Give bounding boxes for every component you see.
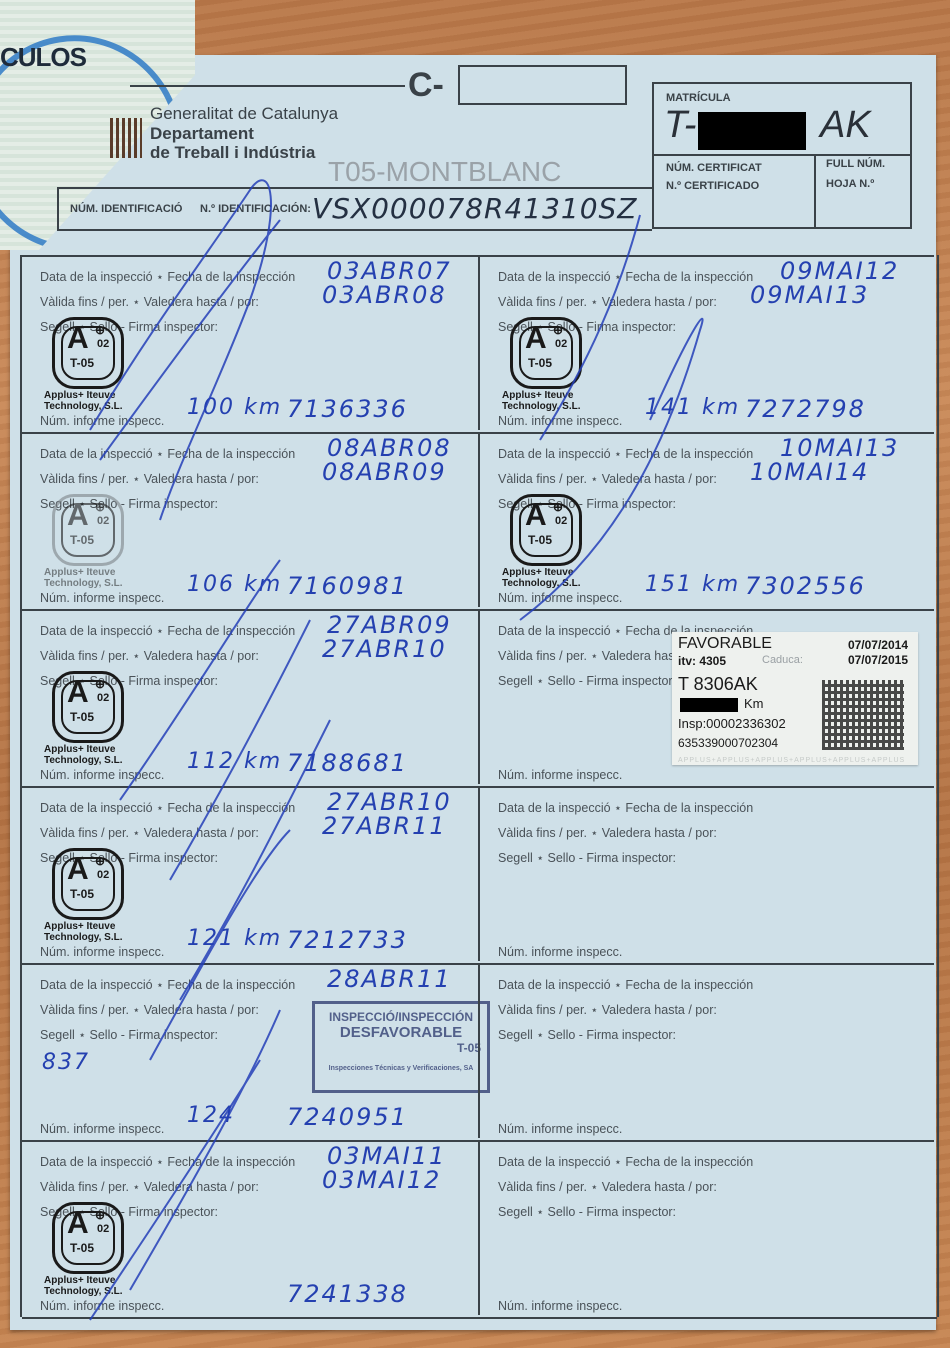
label-valid: Vàlida fins / per. ⋆ Valedera hasta / po… xyxy=(40,825,259,840)
label-date: Data de la inspecció ⋆ Fecha de la inspe… xyxy=(498,977,753,992)
label-seal: Segell ⋆ Sello - Firma inspector: xyxy=(498,1204,676,1219)
label-report: Núm. informe inspecc. xyxy=(40,768,164,782)
inspection-cell: Data de la inspecció ⋆ Fecha de la inspe… xyxy=(478,255,934,430)
desfavorable-stamp: INSPECCIÓ/INSPECCIÓNDESFAVORABLET-05Insp… xyxy=(312,1001,490,1093)
inspection-cell: Data de la inspecció ⋆ Fecha de la inspe… xyxy=(22,1140,478,1315)
label-valid: Vàlida fins / per. ⋆ Valedera hasta / po… xyxy=(40,1179,259,1194)
label-date: Data de la inspecció ⋆ Fecha de la inspe… xyxy=(40,1154,295,1169)
valid-until: 03ABR08 xyxy=(322,281,447,309)
inspection-grid: Data de la inspecció ⋆ Fecha de la inspe… xyxy=(20,255,939,1317)
plate-box: MATRÍCULA T- AK NÚM. CERTIFICAT N.º CERT… xyxy=(652,82,912,229)
label-seal: Segell ⋆ Sello - Firma inspector: xyxy=(498,1027,676,1042)
valid-until: 09MAI13 xyxy=(750,281,869,309)
stamp-caption: Applus+ IteuveTechnology, S.L. xyxy=(502,567,581,589)
label-date: Data de la inspecció ⋆ Fecha de la inspe… xyxy=(40,269,295,284)
label-report: Núm. informe inspecc. xyxy=(40,414,164,428)
sticker-date-expires: 07/07/2015 xyxy=(848,653,908,667)
inspection-cell: Data de la inspecció ⋆ Fecha de la inspe… xyxy=(22,963,478,1138)
label-report: Núm. informe inspecc. xyxy=(498,414,622,428)
label-report: Núm. informe inspecc. xyxy=(40,945,164,959)
label-date: Data de la inspecció ⋆ Fecha de la inspe… xyxy=(498,1154,753,1169)
label-date: Data de la inspecció ⋆ Fecha de la inspe… xyxy=(40,977,295,992)
itv-stamp-icon: A⊕02T-05 xyxy=(52,671,124,743)
valid-until: 27ABR11 xyxy=(322,812,447,840)
inspection-cell: Data de la inspecció ⋆ Fecha de la inspe… xyxy=(478,1140,934,1315)
org-line-1: Generalitat de Catalunya xyxy=(150,104,338,124)
station-stamp: T05-MONTBLANC xyxy=(328,156,561,188)
sticker-code: 635339000702304 xyxy=(678,736,778,750)
org-line-2: Departament xyxy=(150,124,254,144)
divider xyxy=(814,154,816,227)
stamp-caption: Applus+ IteuveTechnology, S.L. xyxy=(44,921,123,943)
km-reading: 837 xyxy=(42,1050,90,1075)
label-valid: Vàlida fins / per. ⋆ Valedera hasta / po… xyxy=(40,294,259,309)
id-label-ca: NÚM. IDENTIFICACIÓ xyxy=(70,203,182,215)
itv-stamp-icon: A⊕02T-05 xyxy=(52,317,124,389)
report-number: 7272798 xyxy=(745,395,866,423)
report-number: 7302556 xyxy=(745,572,866,600)
km-reading: 141 km xyxy=(645,395,740,420)
matricula-label: MATRÍCULA xyxy=(666,92,731,104)
inspection-cell: Data de la inspecció ⋆ Fecha de la inspe… xyxy=(22,255,478,430)
valid-until: 03MAI12 xyxy=(322,1166,441,1194)
plate-prefix: T- xyxy=(664,104,696,147)
itv-stamp-icon: A⊕02T-05 xyxy=(52,848,124,920)
itv-favorable-sticker: FAVORABLE 07/07/2014 itv: 4305 Caduca: 0… xyxy=(672,632,918,765)
sticker-date-issued: 07/07/2014 xyxy=(848,638,908,652)
stamp-caption: Applus+ IteuveTechnology, S.L. xyxy=(502,390,581,412)
label-date: Data de la inspecció ⋆ Fecha de la inspe… xyxy=(40,800,295,815)
vin-value: VSX000078R41310SZ xyxy=(312,192,637,225)
km-reading: 112 km xyxy=(187,749,282,774)
label-seal: Segell ⋆ Sello - Firma inspector: xyxy=(498,850,676,865)
inspection-cell: Data de la inspecció ⋆ Fecha de la inspe… xyxy=(22,432,478,607)
label-seal: Segell ⋆ Sello - Firma inspector: xyxy=(40,1027,218,1042)
sticker-km-label: Km xyxy=(744,696,764,711)
km-redaction xyxy=(680,698,738,712)
label-valid: Vàlida fins / per. ⋆ Valedera hasta / po… xyxy=(498,471,717,486)
label-valid: Vàlida fins / per. ⋆ Valedera hasta / po… xyxy=(40,471,259,486)
org-line-3: de Treball i Indústria xyxy=(150,143,315,163)
report-number: 7212733 xyxy=(287,926,408,954)
label-report: Núm. informe inspecc. xyxy=(498,945,622,959)
cert-label-ca: NÚM. CERTIFICAT xyxy=(666,162,762,174)
label-report: Núm. informe inspecc. xyxy=(498,768,622,782)
inspection-date: 28ABR11 xyxy=(327,965,452,993)
report-number: 7241338 xyxy=(287,1280,408,1308)
label-report: Núm. informe inspecc. xyxy=(40,1122,164,1136)
valid-until: 10MAI14 xyxy=(750,458,869,486)
label-report: Núm. informe inspecc. xyxy=(40,591,164,605)
c-label: C- xyxy=(408,66,444,105)
sticker-result: FAVORABLE xyxy=(678,635,772,653)
qr-code-icon xyxy=(822,680,904,750)
plate-suffix: AK xyxy=(820,104,871,147)
stamp-caption: Applus+ IteuveTechnology, S.L. xyxy=(44,567,123,589)
sticker-insp: Insp:00002336302 xyxy=(678,716,786,731)
inspection-cell: Data de la inspecció ⋆ Fecha de la inspe… xyxy=(478,963,934,1138)
label-date: Data de la inspecció ⋆ Fecha de la inspe… xyxy=(498,269,753,284)
report-number: 7240951 xyxy=(287,1103,408,1131)
stamp-caption: Applus+ IteuveTechnology, S.L. xyxy=(44,744,123,766)
c-number-box xyxy=(458,65,627,105)
report-number: 7160981 xyxy=(287,572,408,600)
km-extra: 124 xyxy=(187,1103,235,1128)
grid-bottom-border xyxy=(22,1317,937,1319)
label-report: Núm. informe inspecc. xyxy=(498,1122,622,1136)
c-line xyxy=(130,85,405,87)
label-date: Data de la inspecció ⋆ Fecha de la inspe… xyxy=(40,446,295,461)
stamp-corner-text: CULOS xyxy=(0,42,86,73)
label-date: Data de la inspecció ⋆ Fecha de la inspe… xyxy=(498,446,753,461)
label-valid: Vàlida fins / per. ⋆ Valedera hasta / po… xyxy=(498,294,717,309)
km-reading: 121 km xyxy=(187,926,282,951)
cert-label-es: N.º CERTIFICADO xyxy=(666,180,759,192)
inspection-cell: Data de la inspecció ⋆ Fecha de la inspe… xyxy=(478,786,934,961)
sheet-label-es: HOJA N.º xyxy=(826,178,874,190)
report-number: 7188681 xyxy=(287,749,408,777)
km-reading: 100 km xyxy=(187,395,282,420)
itv-stamp-icon: A⊕02T-05 xyxy=(52,494,124,566)
itv-stamp-icon: A⊕02T-05 xyxy=(510,494,582,566)
itv-stamp-icon: A⊕02T-05 xyxy=(52,1202,124,1274)
sticker-footer: APPLUS+APPLUS+APPLUS+APPLUS+APPLUS+APPLU… xyxy=(678,757,905,764)
label-date: Data de la inspecció ⋆ Fecha de la inspe… xyxy=(498,800,753,815)
label-report: Núm. informe inspecc. xyxy=(498,1299,622,1313)
inspection-cell: Data de la inspecció ⋆ Fecha de la inspe… xyxy=(478,432,934,607)
sheet-label-ca: FULL NÚM. xyxy=(826,158,885,170)
label-valid: Vàlida fins / per. ⋆ Valedera hasta / po… xyxy=(498,1179,717,1194)
label-report: Núm. informe inspecc. xyxy=(40,1299,164,1313)
inspection-cell: Data de la inspecció ⋆ Fecha de la inspe… xyxy=(22,786,478,961)
report-number: 7136336 xyxy=(287,395,408,423)
generalitat-logo-icon xyxy=(110,118,142,158)
km-reading: 106 km xyxy=(187,572,282,597)
inspection-cell: Data de la inspecció ⋆ Fecha de la inspe… xyxy=(22,609,478,784)
km-reading: 151 km xyxy=(645,572,740,597)
valid-until: 08ABR09 xyxy=(322,458,447,486)
label-date: Data de la inspecció ⋆ Fecha de la inspe… xyxy=(40,623,295,638)
stamp-caption: Applus+ IteuveTechnology, S.L. xyxy=(44,1275,123,1297)
divider xyxy=(654,154,910,156)
label-valid: Vàlida fins / per. ⋆ Valedera hasta / po… xyxy=(498,1002,717,1017)
label-report: Núm. informe inspecc. xyxy=(498,591,622,605)
label-valid: Vàlida fins / per. ⋆ Valedera hasta / po… xyxy=(40,1002,259,1017)
label-valid: Vàlida fins / per. ⋆ Valedera hasta / po… xyxy=(40,648,259,663)
itv-stamp-icon: A⊕02T-05 xyxy=(510,317,582,389)
id-label-es: N.º IDENTIFICACIÓN: xyxy=(200,203,311,215)
stamp-caption: Applus+ IteuveTechnology, S.L. xyxy=(44,390,123,412)
sticker-plate: T 8306AK xyxy=(678,674,758,695)
label-valid: Vàlida fins / per. ⋆ Valedera hasta / po… xyxy=(498,825,717,840)
plate-redaction xyxy=(698,112,806,150)
valid-until: 27ABR10 xyxy=(322,635,447,663)
sticker-caduca-label: Caduca: xyxy=(762,654,803,666)
label-seal: Segell ⋆ Sello - Firma inspector: xyxy=(498,673,676,688)
sticker-itv: itv: 4305 xyxy=(678,654,726,668)
